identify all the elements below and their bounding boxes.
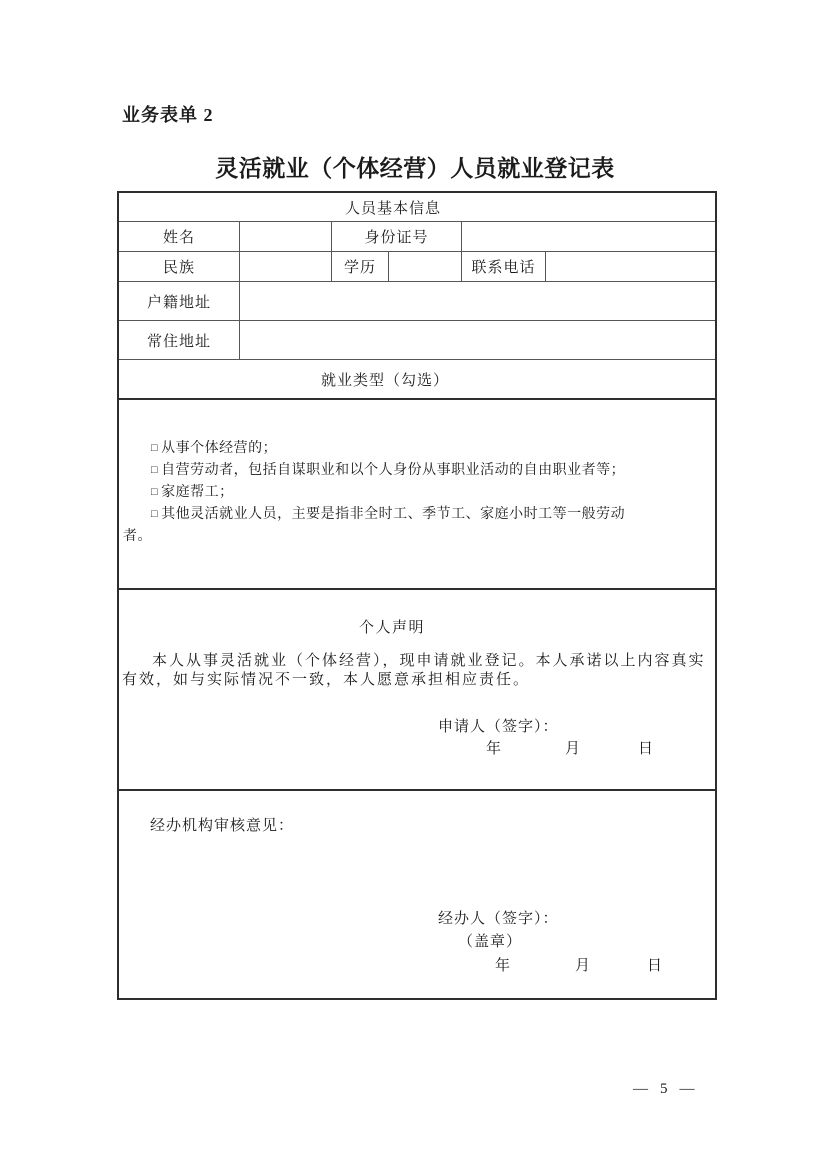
registration-form-table: 人员基本信息 姓名 身份证号 民族 学历 联系电话 户籍地址 常住地址: [117, 191, 717, 1000]
review-section: 经办机构审核意见： 经办人（签字）： （盖章） 年 月 日: [119, 789, 715, 998]
ethnicity-input-cell[interactable]: [239, 252, 331, 281]
year-label: 年: [495, 954, 510, 975]
employment-option-overflow: 者。: [123, 526, 709, 548]
review-date-line: 年 月 日: [495, 954, 662, 975]
field-label-name: 姓名: [119, 222, 239, 251]
day-label: 日: [638, 737, 653, 758]
table-row: 户籍地址: [119, 281, 715, 320]
residence-address-input-cell[interactable]: [239, 321, 715, 359]
footer-dash: —: [680, 1081, 695, 1098]
basic-info-section-header: 人员基本信息: [119, 193, 715, 221]
field-label-ethnicity: 民族: [119, 252, 239, 281]
declaration-body-line: 有效，如与实际情况不一致，本人愿意承担相应责任。: [122, 671, 706, 690]
option-label: 从事个体经营的；: [161, 441, 277, 456]
applicant-signature-label: 申请人（签字）：: [438, 715, 559, 736]
declaration-title: 个人声明: [119, 616, 715, 637]
employment-type-header-row: 就业类型（勾选）: [119, 359, 715, 398]
education-input-cell[interactable]: [388, 252, 461, 281]
year-label: 年: [486, 737, 501, 758]
checkbox-icon[interactable]: □: [151, 508, 158, 520]
field-label-phone: 联系电话: [461, 252, 545, 281]
employment-option: □自营劳动者，包括自谋职业和以个人身份从事职业活动的自由职业者等；: [123, 460, 709, 482]
employment-type-section-header: 就业类型（勾选）: [119, 360, 715, 398]
employment-options-section: □从事个体经营的； □自营劳动者，包括自谋职业和以个人身份从事职业活动的自由职业…: [119, 398, 715, 588]
seal-label: （盖章）: [458, 930, 522, 951]
checkbox-icon[interactable]: □: [151, 486, 158, 498]
table-row: 常住地址: [119, 320, 715, 359]
id-number-input-cell[interactable]: [461, 222, 715, 251]
day-label: 日: [647, 954, 662, 975]
review-opinion-label: 经办机构审核意见：: [150, 814, 294, 835]
employment-option: □其他灵活就业人员，主要是指非全时工、季节工、家庭小时工等一般劳动: [123, 504, 709, 526]
document-page: 业务表单 2 灵活就业（个体经营）人员就业登记表 人员基本信息 姓名 身份证号 …: [0, 0, 826, 1169]
table-row: 民族 学历 联系电话: [119, 251, 715, 281]
declaration-date-line: 年 月 日: [486, 737, 653, 758]
field-label-id-number: 身份证号: [331, 222, 461, 251]
page-title: 灵活就业（个体经营）人员就业登记表: [117, 150, 713, 183]
table-row: 姓名 身份证号: [119, 221, 715, 251]
page-number-footer: — 5 —: [633, 1081, 695, 1098]
phone-input-cell[interactable]: [545, 252, 715, 281]
employment-option: □家庭帮工；: [123, 482, 709, 504]
handler-signature-label: 经办人（签字）：: [438, 907, 559, 928]
checkbox-icon[interactable]: □: [151, 464, 158, 476]
field-label-education: 学历: [331, 252, 388, 281]
employment-option: □从事个体经营的；: [123, 438, 709, 460]
form-number-label: 业务表单 2: [122, 101, 214, 127]
page-number: 5: [660, 1081, 668, 1098]
footer-dash: —: [633, 1081, 648, 1098]
option-label: 其他灵活就业人员，主要是指非全时工、季节工、家庭小时工等一般劳动: [161, 507, 625, 522]
option-label: 自营劳动者，包括自谋职业和以个人身份从事职业活动的自由职业者等；: [161, 463, 625, 478]
month-label: 月: [575, 954, 590, 975]
declaration-body: 本人从事灵活就业（个体经营），现申请就业登记。本人承诺以上内容真实 有效，如与实…: [122, 652, 706, 690]
option-label: 家庭帮工；: [161, 485, 234, 500]
declaration-section: 个人声明 本人从事灵活就业（个体经营），现申请就业登记。本人承诺以上内容真实 有…: [119, 588, 715, 789]
month-label: 月: [565, 737, 580, 758]
declaration-body-line: 本人从事灵活就业（个体经营），现申请就业登记。本人承诺以上内容真实: [122, 652, 706, 671]
field-label-residence-address: 常住地址: [119, 321, 239, 359]
household-address-input-cell[interactable]: [239, 282, 715, 320]
name-input-cell[interactable]: [239, 222, 331, 251]
basic-info-header-row: 人员基本信息: [119, 193, 715, 221]
checkbox-icon[interactable]: □: [151, 442, 158, 454]
field-label-household-address: 户籍地址: [119, 282, 239, 320]
